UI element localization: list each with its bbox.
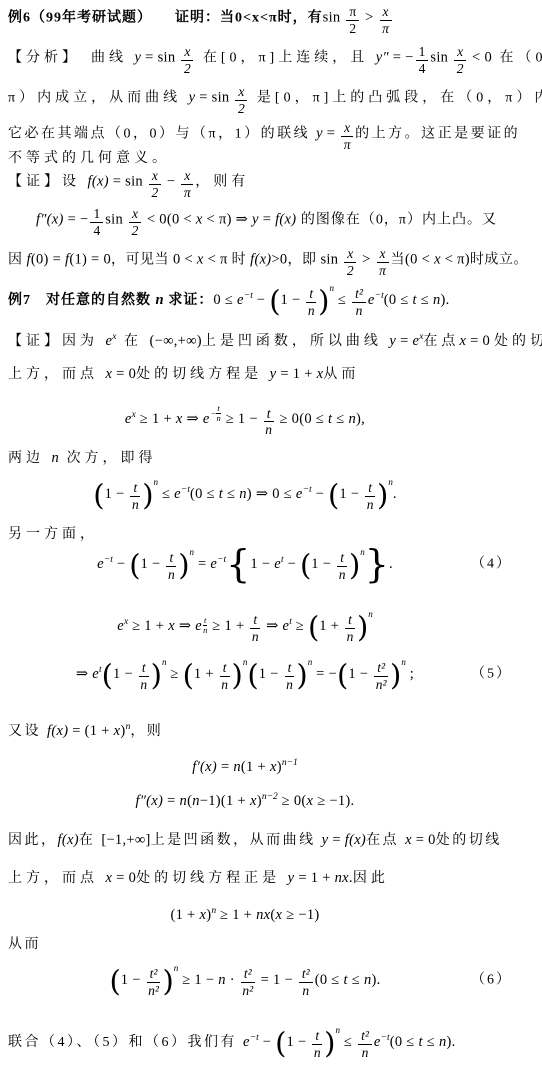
- superscript: −t: [244, 291, 253, 301]
- text-run: (0 ≤: [190, 486, 219, 502]
- text-run: sin: [105, 212, 127, 228]
- text-run: ⇒: [183, 411, 203, 427]
- text-run: ≤: [223, 486, 239, 502]
- fraction-numerator: x: [341, 120, 353, 137]
- text-run: = 0: [412, 832, 436, 848]
- superscript: −t: [181, 485, 190, 495]
- text-run: 处的切线方程正是: [136, 871, 288, 886]
- text-run: =: [328, 832, 344, 848]
- text-run: −: [253, 292, 269, 308]
- text-run: < 0(0 <: [143, 212, 196, 228]
- text-run: 【证】因为: [8, 334, 106, 349]
- text-run: < π) ⇒: [203, 212, 252, 228]
- line-23-text: 上方，而点 x = 0处的切线方程正是 y = 1 + nx.因此: [0, 868, 542, 890]
- text-run: 1 −: [113, 666, 137, 682]
- big-delimiter: ): [178, 548, 189, 582]
- text-run: f(x): [58, 832, 79, 848]
- text-run: y″: [376, 50, 389, 66]
- superscript: n−1: [282, 758, 298, 768]
- big-delimiter: (: [183, 658, 194, 692]
- text-run: 又设: [8, 724, 47, 739]
- text-run: 在[0，π]上连续，且: [195, 51, 375, 66]
- fraction-denominator: n: [203, 626, 207, 635]
- text-run: ≤: [423, 1034, 439, 1050]
- text-run: −: [284, 556, 300, 572]
- text-run: 【证】设: [8, 175, 88, 190]
- text-run: (1) = 0: [69, 252, 111, 268]
- text-run: ，可见当: [111, 253, 173, 268]
- fraction-denominator: n²: [147, 983, 161, 999]
- fraction-denominator: n: [345, 629, 355, 645]
- text-run: sin: [430, 50, 452, 66]
- text-run: 因此: [353, 871, 389, 886]
- fraction-denominator: n: [166, 567, 176, 583]
- fraction-numerator: x: [129, 206, 141, 223]
- text-run: = −: [64, 212, 89, 228]
- fraction-denominator: n: [130, 497, 140, 513]
- big-delimiter: ): [232, 658, 243, 692]
- text-run: 在点: [366, 833, 405, 848]
- fraction-numerator: x: [380, 4, 392, 21]
- superscript: −t: [217, 555, 226, 565]
- text-run: e: [125, 411, 132, 427]
- fraction-numerator: x: [181, 44, 193, 61]
- text-run: f(x): [250, 252, 271, 268]
- big-delimiter: (: [300, 548, 311, 582]
- text-run: = 1 −: [257, 972, 297, 988]
- line-16-formula-4: e−t − (1 − tn)n = e−t{1 − et − (1 − tn)n…: [0, 546, 542, 583]
- fraction-denominator: 2: [346, 21, 359, 37]
- text-run: ≥ 0(: [278, 793, 307, 809]
- line-27-conclusion: 联合（4）、（5）和（6）我们有 e−t − (1 − tn)n ≤ t²ne−…: [0, 1024, 542, 1061]
- text-run: e: [368, 292, 375, 308]
- text-run: 【分析】 曲线: [8, 51, 135, 66]
- fraction: x2: [344, 246, 356, 278]
- big-delimiter: ): [142, 478, 153, 512]
- text-run: ).: [441, 292, 450, 308]
- superscript: n: [368, 609, 373, 619]
- text-run: >0: [271, 252, 287, 268]
- text-run: 两边: [8, 451, 52, 466]
- fraction: tn: [285, 660, 295, 692]
- text-run: 1 −: [339, 486, 363, 502]
- text-run: 例7 对任意的自然数: [8, 293, 156, 308]
- fraction-numerator: x: [235, 84, 247, 101]
- text-run: −: [312, 486, 328, 502]
- fraction-numerator: t: [337, 550, 347, 567]
- text-run: = 0: [112, 870, 136, 886]
- superscript: −t: [250, 1033, 259, 1043]
- text-run: (0 ≤: [390, 1034, 419, 1050]
- text-run: sin: [323, 10, 345, 26]
- text-run: .: [389, 556, 393, 572]
- text-run: n: [192, 793, 200, 809]
- line-07-second-derivative: f″(x) = −14sin x2 < 0(0 < x < π) ⇒ y = f…: [0, 206, 542, 238]
- text-run: 1 −: [105, 486, 129, 502]
- text-run: −: [163, 174, 179, 190]
- fraction-denominator: n: [306, 303, 316, 319]
- fraction-numerator: t: [166, 550, 176, 567]
- text-run: ≥: [292, 618, 308, 634]
- fraction-denominator: 4: [416, 61, 429, 77]
- big-delimiter: ): [296, 658, 307, 692]
- fraction: t²n: [299, 966, 313, 998]
- superscript: −t: [303, 485, 312, 495]
- text-run: ).: [447, 1034, 456, 1050]
- text-run: e: [243, 1034, 250, 1050]
- fraction-denominator: 2: [235, 101, 247, 117]
- text-run: e: [374, 1034, 381, 1050]
- text-run: n: [218, 972, 226, 988]
- text-run: 上方，而点: [8, 367, 106, 382]
- text-run: = 0: [112, 366, 136, 382]
- text-run: ，即: [287, 253, 320, 268]
- text-run: [−1,+∞]: [101, 832, 150, 848]
- text-run: 在: [116, 334, 149, 349]
- fraction: x2: [454, 44, 466, 76]
- text-run: < 0: [468, 50, 492, 66]
- fraction: x2: [149, 168, 161, 200]
- text-run: = sin: [195, 90, 233, 106]
- text-run: ).: [372, 972, 381, 988]
- text-run: 例6（99年考研试题） 证明：当0<x<π时，有: [8, 11, 323, 26]
- line-22-text: 因此，f(x)在 [−1,+∞]上是凹函数，从而曲线 y = f(x)在点 x …: [0, 830, 542, 852]
- fraction-numerator: 1: [416, 44, 429, 61]
- big-delimiter: (: [129, 548, 140, 582]
- fraction: tn: [312, 1028, 322, 1060]
- text-run: 1 −: [250, 556, 274, 572]
- line-11-proof2: 上方，而点 x = 0处的切线方程是 y = 1 + x从而: [0, 364, 542, 386]
- fraction-numerator: x: [344, 246, 356, 263]
- equation-number: （5）: [471, 664, 512, 685]
- fraction-denominator: 2: [181, 61, 193, 77]
- text-run: 的上方。这正是要证的: [355, 127, 520, 142]
- fraction-denominator: n: [285, 677, 295, 693]
- fraction-numerator: t: [306, 286, 316, 303]
- text-run: ≤: [340, 1034, 356, 1050]
- fraction: tn: [130, 480, 140, 512]
- fraction: tn: [365, 480, 375, 512]
- fraction-denominator: π: [377, 263, 389, 279]
- text-run: =: [163, 793, 179, 809]
- text-run: ≥ −1).: [313, 793, 354, 809]
- fraction-numerator: t: [139, 660, 149, 677]
- fraction-numerator: t²: [374, 660, 388, 677]
- text-run: >: [361, 10, 377, 26]
- text-run: (0 ≤: [315, 972, 344, 988]
- text-run: n: [364, 972, 372, 988]
- fraction: t²n²: [374, 660, 388, 692]
- big-delimiter: (: [275, 1026, 286, 1060]
- text-run: =: [217, 759, 233, 775]
- line-03-analysis: π）内成立，从而曲线 y = sin x2 是[0，π]上的凸弧段，在（0，π）…: [0, 84, 542, 116]
- text-run: < π: [204, 252, 228, 268]
- fraction-denominator: 2: [129, 223, 141, 239]
- text-run: 1 −: [281, 292, 305, 308]
- line-12-formula: ex ≥ 1 + x ⇒ e−tn ≥ 1 − tn ≥ 0(0 ≤ t ≤ n…: [0, 404, 542, 438]
- big-delimiter: ): [162, 964, 173, 998]
- text-run: ≤: [348, 972, 364, 988]
- text-run: ≥: [166, 666, 182, 682]
- fraction: t²n²: [241, 966, 255, 998]
- text-run: x: [405, 832, 412, 848]
- line-13-text: 两边 n 次方，即得: [0, 448, 542, 470]
- fraction: 14: [90, 206, 103, 238]
- text-run: e: [92, 666, 99, 682]
- text-run: .: [393, 486, 397, 502]
- text-run: 0 ≤: [213, 292, 237, 308]
- text-run: ≤: [332, 411, 348, 427]
- text-run: 次方，即得: [59, 451, 157, 466]
- text-run: y: [316, 126, 323, 142]
- fraction: x2: [129, 206, 141, 238]
- text-run: = 1 +: [294, 870, 334, 886]
- fraction-denominator: n: [337, 567, 347, 583]
- fraction: x2: [235, 84, 247, 116]
- fraction-denominator: n: [139, 677, 149, 693]
- text-run: >: [358, 252, 374, 268]
- text-run: x: [250, 793, 257, 809]
- fraction-denominator: n: [250, 629, 260, 645]
- line-05-analysis: 不等式的几何意义。: [0, 148, 542, 169]
- text-run: 处的切线方程是: [136, 367, 270, 382]
- text-run: ≤: [334, 292, 350, 308]
- text-run: 1 +: [194, 666, 218, 682]
- text-run: 1 −: [141, 556, 165, 572]
- text-run: n: [156, 292, 164, 308]
- text-run: n: [52, 450, 60, 466]
- big-delimiter: }: [365, 542, 389, 586]
- text-run: (1 +: [241, 759, 270, 775]
- fraction: x2: [181, 44, 193, 76]
- fraction: t²n: [352, 286, 366, 318]
- big-delimiter: ): [377, 478, 388, 512]
- fraction: tn: [306, 286, 316, 318]
- text-run: −: [259, 1034, 275, 1050]
- fraction-denominator: 2: [149, 185, 161, 201]
- line-02-analysis: 【分析】 曲线 y = sin x2 在[0，π]上连续，且 y″ = −14s…: [0, 44, 542, 76]
- line-06-proof1: 【证】设 f(x) = sin x2 − xπ，则有: [0, 168, 542, 200]
- text-run: n: [233, 759, 241, 775]
- fraction-denominator: n: [299, 983, 313, 999]
- text-run: ·: [226, 972, 239, 988]
- text-run: 不等式的几何意义。: [8, 151, 170, 166]
- text-run: ;: [406, 666, 414, 682]
- line-21-formula: f″(x) = n(n−1)(1 + x)n−2 ≥ 0(x ≥ −1).: [0, 790, 542, 813]
- fraction-denominator: n: [216, 414, 220, 423]
- text-run: ⇒: [262, 618, 282, 634]
- text-run: =: [259, 212, 275, 228]
- text-run: −1)(1 +: [200, 793, 250, 809]
- fraction-denominator: n²: [374, 677, 388, 693]
- superscript-fraction: −tn: [211, 404, 221, 424]
- document-page: 例6（99年考研试题） 证明：当0<x<π时，有sin π2 > xπ【分析】 …: [0, 0, 542, 1076]
- text-run: x: [434, 252, 441, 268]
- text-run: 它必在其端点（0，0）与（π，1）的联线: [8, 127, 316, 142]
- text-run: 在（0，: [492, 51, 542, 66]
- line-09-example7-title: 例7 对任意的自然数 n 求证：0 ≤ e−t − (1 − tn)n ≤ t²…: [0, 282, 542, 319]
- text-run: nx: [256, 907, 270, 923]
- fraction-numerator: t: [285, 660, 295, 677]
- text-run: f(x): [88, 174, 109, 190]
- text-run: e: [195, 618, 202, 634]
- fraction-numerator: t: [130, 480, 140, 497]
- superscript: −t: [381, 1033, 390, 1043]
- fraction: 14: [416, 44, 429, 76]
- text-run: ≥ 1 +: [208, 618, 248, 634]
- text-run: e: [296, 486, 303, 502]
- text-run: = −: [389, 50, 414, 66]
- big-delimiter: (: [337, 658, 348, 692]
- text-run: 处的切线: [436, 833, 502, 848]
- text-run: = 1 +: [276, 366, 316, 382]
- text-run: ≥ 1 −: [222, 411, 262, 427]
- text-run: e: [174, 486, 181, 502]
- text-run: 0 <: [173, 252, 197, 268]
- text-run: 联合（4）、（5）和（6）我们有: [8, 1035, 243, 1050]
- text-run: f(x): [275, 212, 296, 228]
- superscript: −t: [104, 555, 113, 565]
- text-run: 在点: [423, 334, 459, 349]
- text-run: n: [180, 793, 188, 809]
- fraction-numerator: x: [377, 246, 389, 263]
- fraction-numerator: 1: [90, 206, 103, 223]
- fraction: xπ: [377, 246, 389, 278]
- equation-number: （6）: [471, 970, 512, 991]
- text-run: x: [270, 759, 277, 775]
- fraction: t²n²: [147, 966, 161, 998]
- line-14-formula: (1 − tn)n ≤ e−t(0 ≤ t ≤ n) ⇒ 0 ≤ e−t − (…: [0, 476, 542, 513]
- text-run: 处的切线: [494, 334, 542, 349]
- line-15-text: 另一方面，: [0, 524, 542, 545]
- text-run: 1 +: [319, 618, 343, 634]
- text-run: ⇒: [175, 618, 195, 634]
- line-10-proof2: 【证】因为 ex 在 (−∞,+∞)上是凹函数，所以曲线 y = ex在点x =…: [0, 330, 542, 353]
- text-run: 1 −: [121, 972, 145, 988]
- fraction-numerator: t: [264, 406, 274, 423]
- fraction: tn: [345, 612, 355, 644]
- big-delimiter: ): [318, 284, 329, 318]
- text-run: ≥ 1 +: [128, 618, 168, 634]
- text-run: ≤: [417, 292, 433, 308]
- big-delimiter: (: [109, 964, 120, 998]
- fraction-denominator: n: [220, 677, 230, 693]
- line-26-formula-6: (1 − t²n²)n ≥ 1 − n · t²n² = 1 − t²n(0 ≤…: [0, 962, 542, 999]
- text-run: = sin: [109, 174, 147, 190]
- text-run: ≥ −1): [282, 907, 319, 923]
- text-run: 的图像在（0，π）内上凸。又: [296, 213, 497, 228]
- text-run: 另一方面，: [8, 527, 98, 542]
- text-run: =: [194, 556, 210, 572]
- text-run: < π): [441, 252, 470, 268]
- fraction: tn: [220, 660, 230, 692]
- text-run: nx: [335, 870, 349, 886]
- fraction-numerator: t: [345, 612, 355, 629]
- text-run: (1 +: [170, 907, 199, 923]
- line-17-formula: ex ≥ 1 + x ⇒ etn ≥ 1 + tn ⇒ et ≥ (1 + tn…: [0, 608, 542, 645]
- text-run: 从而: [323, 367, 359, 382]
- text-run: f″(x): [136, 793, 164, 809]
- fraction-numerator: x: [181, 168, 193, 185]
- fraction-numerator: t: [220, 660, 230, 677]
- line-25-text: 从而: [0, 934, 542, 955]
- text-run: 1 −: [348, 666, 372, 682]
- text-run: 1 −: [259, 666, 283, 682]
- line-01-example6-title: 例6（99年考研试题） 证明：当0<x<π时，有sin π2 > xπ: [0, 4, 542, 36]
- fraction-numerator: t²: [299, 966, 313, 983]
- big-delimiter: (: [269, 284, 280, 318]
- fraction-numerator: x: [149, 168, 161, 185]
- text-run: 因此，: [8, 833, 58, 848]
- text-run: f″(x): [36, 212, 64, 228]
- text-run: 上是凹函数，从而曲线: [151, 833, 322, 848]
- fraction-numerator: t²: [352, 286, 366, 303]
- text-run: 时成立。: [470, 253, 528, 268]
- text-run: x: [197, 252, 204, 268]
- text-run: n: [239, 486, 247, 502]
- text-run: ≥ 1 −: [178, 972, 218, 988]
- text-run: =: [323, 126, 339, 142]
- text-run: x: [168, 618, 175, 634]
- fraction-denominator: π: [380, 21, 392, 37]
- text-run: 因: [8, 253, 27, 268]
- text-run: e: [237, 292, 244, 308]
- text-run: n: [348, 411, 356, 427]
- fraction: tn: [337, 550, 347, 582]
- text-run: n: [433, 292, 441, 308]
- big-delimiter: ): [151, 658, 162, 692]
- line-08-conclusion1: 因 f(0) = f(1) = 0，可见当 0 < x < π 时 f(x)>0…: [0, 246, 542, 278]
- text-run: x: [176, 411, 183, 427]
- big-delimiter: ): [349, 548, 360, 582]
- superscript: n−2: [262, 792, 278, 802]
- fraction-denominator: n: [358, 1045, 372, 1061]
- fraction-denominator: 4: [90, 223, 103, 239]
- fraction-denominator: π: [181, 185, 193, 201]
- text-run: π）内成立，从而曲线: [8, 91, 189, 106]
- big-delimiter: (: [93, 478, 104, 512]
- fraction-denominator: n: [352, 303, 366, 319]
- text-run: ≥ 1 +: [216, 907, 256, 923]
- text-run: ≥ 0(0 ≤: [276, 411, 328, 427]
- text-run: n: [439, 1034, 447, 1050]
- text-run: f′(x): [192, 759, 217, 775]
- text-run: f(x): [345, 832, 366, 848]
- text-run: 是[0，π]上的凸弧段，在（0，π）内: [249, 91, 542, 106]
- text-run: y: [252, 212, 259, 228]
- fraction-stack: tn: [216, 404, 220, 424]
- fraction-numerator: t: [250, 612, 260, 629]
- text-run: = (1 +: [68, 723, 113, 739]
- big-delimiter: ): [357, 610, 368, 644]
- text-run: 当: [391, 253, 406, 268]
- fraction-numerator: t: [312, 1028, 322, 1045]
- big-delimiter: ): [390, 658, 401, 692]
- text-run: (0 <: [405, 252, 434, 268]
- text-run: ，则有: [195, 175, 249, 190]
- text-run: 1 −: [311, 556, 335, 572]
- text-run: e: [203, 411, 210, 427]
- text-run: ) ⇒ 0 ≤: [247, 486, 296, 502]
- text-run: = sin: [141, 50, 179, 66]
- text-run: 从而: [8, 937, 41, 952]
- big-delimiter: (: [308, 610, 319, 644]
- line-18-formula-5: ⇒ et(1 − tn)n ≥ (1 + tn)n(1 − tn)n = −(1…: [0, 656, 542, 693]
- fraction-numerator: x: [454, 44, 466, 61]
- text-run: sin: [320, 252, 342, 268]
- text-run: 上是凹函数，所以曲线: [202, 334, 390, 349]
- text-run: 时: [228, 253, 251, 268]
